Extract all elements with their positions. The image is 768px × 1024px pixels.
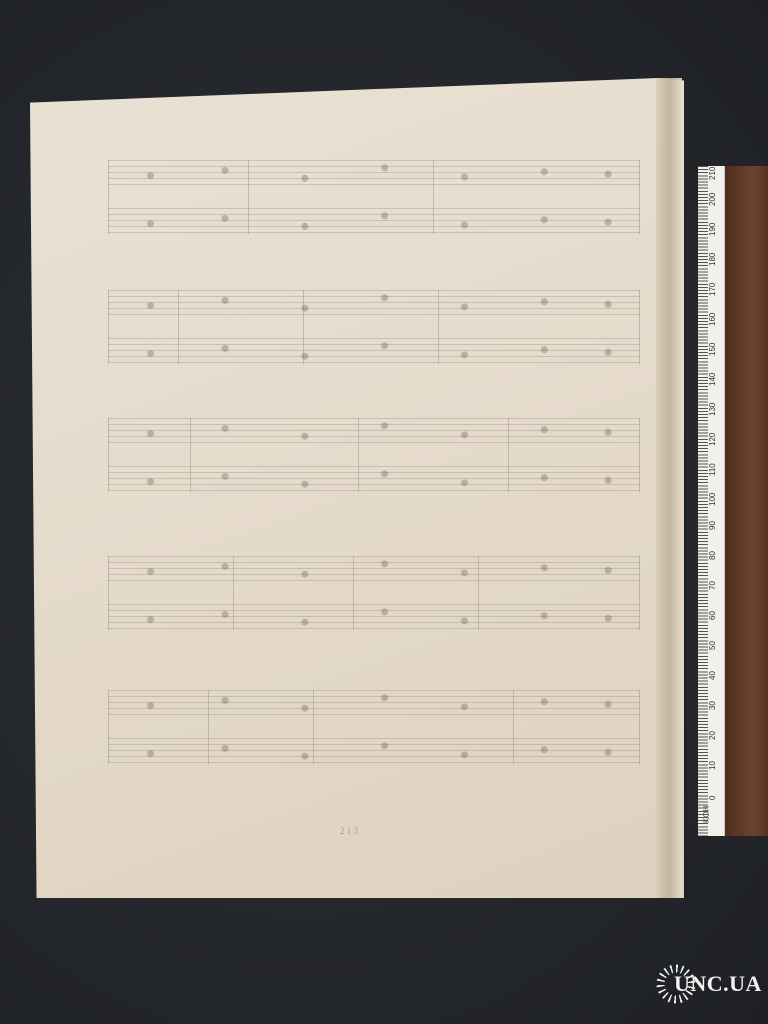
ruler-label: 30 bbox=[708, 701, 717, 710]
ruler-label: 150 bbox=[708, 343, 717, 356]
music-system-1 bbox=[108, 160, 640, 256]
ruler-label: 0 bbox=[708, 796, 717, 800]
ruler-brand: KOH bbox=[702, 806, 711, 823]
page-binding-edge bbox=[656, 78, 682, 898]
music-system-2 bbox=[108, 290, 640, 386]
ruler-label: 200 bbox=[708, 193, 717, 206]
watermark: UNC.UA bbox=[656, 964, 762, 1004]
ruler-label: 80 bbox=[708, 551, 717, 560]
sunburst-logo-icon bbox=[656, 964, 696, 1004]
music-system-4 bbox=[108, 556, 640, 652]
ruler-label: 90 bbox=[708, 521, 717, 530]
ruler-label: 50 bbox=[708, 641, 717, 650]
ruler-label: 160 bbox=[708, 313, 717, 326]
ruler-label: 60 bbox=[708, 611, 717, 620]
ruler-label: 20 bbox=[708, 731, 717, 740]
measuring-ruler: 0 10 20 30 40 50 60 70 80 90 100 110 120… bbox=[698, 166, 725, 836]
ruler-label: 170 bbox=[708, 283, 717, 296]
ruler-label: 40 bbox=[708, 671, 717, 680]
ruler-label: 210 bbox=[708, 167, 717, 180]
ruler-label: 10 bbox=[708, 761, 717, 770]
ruler-label: 120 bbox=[708, 433, 717, 446]
ruler-label: 110 bbox=[708, 463, 717, 476]
music-system-3 bbox=[108, 418, 640, 514]
ruler-label: 70 bbox=[708, 581, 717, 590]
wooden-ruler bbox=[722, 166, 768, 836]
ruler-label: 130 bbox=[708, 403, 717, 416]
ruler-label: 180 bbox=[708, 253, 717, 266]
ruler-label: 100 bbox=[708, 493, 717, 506]
page-marking: 2 1 3 bbox=[340, 826, 358, 836]
ruler-label: 140 bbox=[708, 373, 717, 386]
ruler-ticks bbox=[698, 166, 708, 836]
music-system-5 bbox=[108, 690, 640, 786]
ruler-label: 190 bbox=[708, 223, 717, 236]
